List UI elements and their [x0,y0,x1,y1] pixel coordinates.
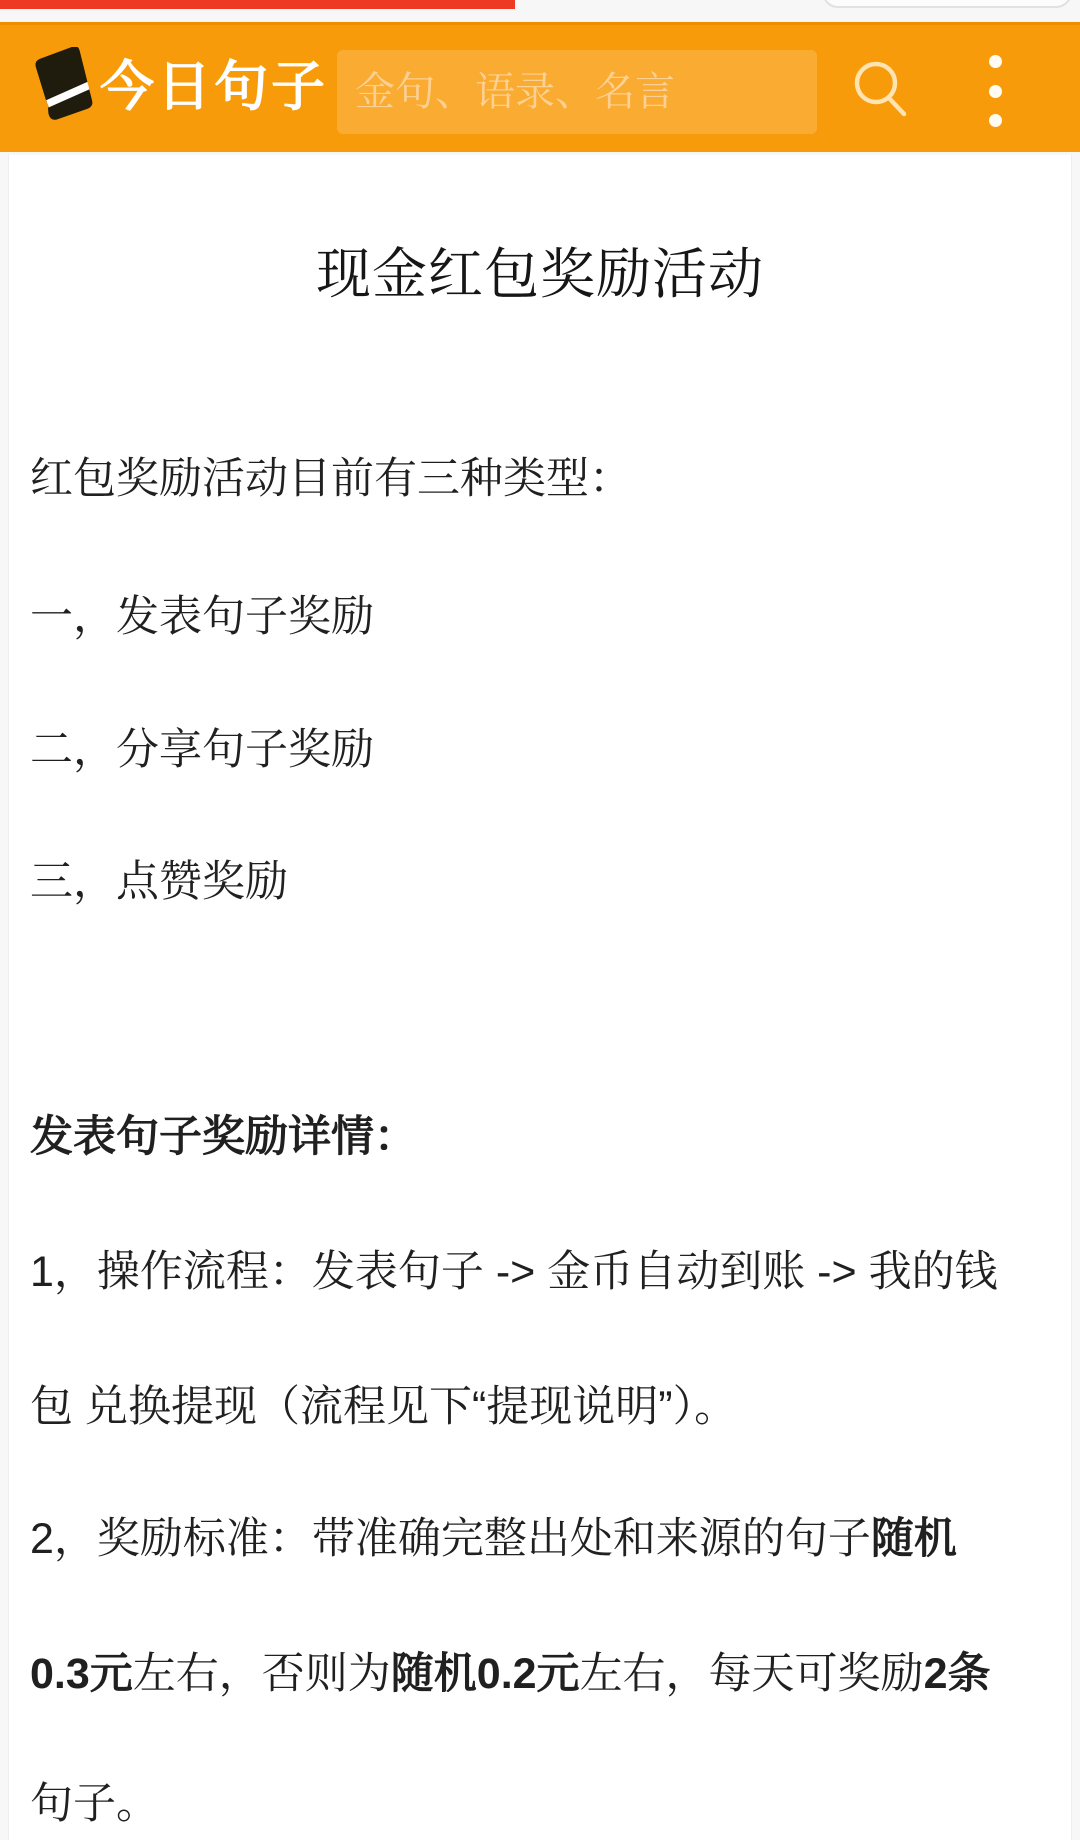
menu-dot [989,114,1002,127]
search-icon[interactable] [848,57,914,123]
content-lines: 红包奖励活动目前有三种类型：一，发表句子奖励二，分享句子奖励三，点赞奖励发表句子… [0,0,1080,1840]
content-line: 0.3元左右，否则为随机0.2元左右，每天可奖励2条 [30,1650,990,1699]
content-line: 二，分享句子奖励 [30,726,374,775]
menu-dot [989,55,1002,68]
status-strip [0,0,1080,22]
content-line: 1，操作流程：发表句子 -> 金币自动到账 -> 我的钱 [30,1248,998,1297]
content-line: 2，奖励标准：带准确完整出处和来源的句子随机 [30,1515,957,1564]
search-box[interactable] [337,50,817,134]
app-bar: 今日句子 [0,22,1080,152]
url-bar-outline [822,0,1072,8]
menu-dot [989,85,1002,98]
content-line: 包 兑换提现（流程见下“提现说明”）。 [30,1383,737,1432]
app-title: 今日句子 [100,55,328,119]
content-line: 发表句子奖励详情： [30,1113,417,1162]
content-line: 一，发表句子奖励 [30,593,374,642]
content-line: 三，点赞奖励 [30,858,288,907]
search-input[interactable] [337,50,817,134]
app-logo-book-icon[interactable] [32,47,94,129]
red-indicator-strip [0,0,515,9]
content-line: 句子。 [30,1780,159,1829]
content-line: 红包奖励活动目前有三种类型： [30,455,632,504]
overflow-menu-icon[interactable] [988,55,1002,127]
screen: 今日句子 现金红包奖励活动 红包奖励活动目前有三种类型：一，发表句子奖励二，分享… [0,0,1080,1840]
